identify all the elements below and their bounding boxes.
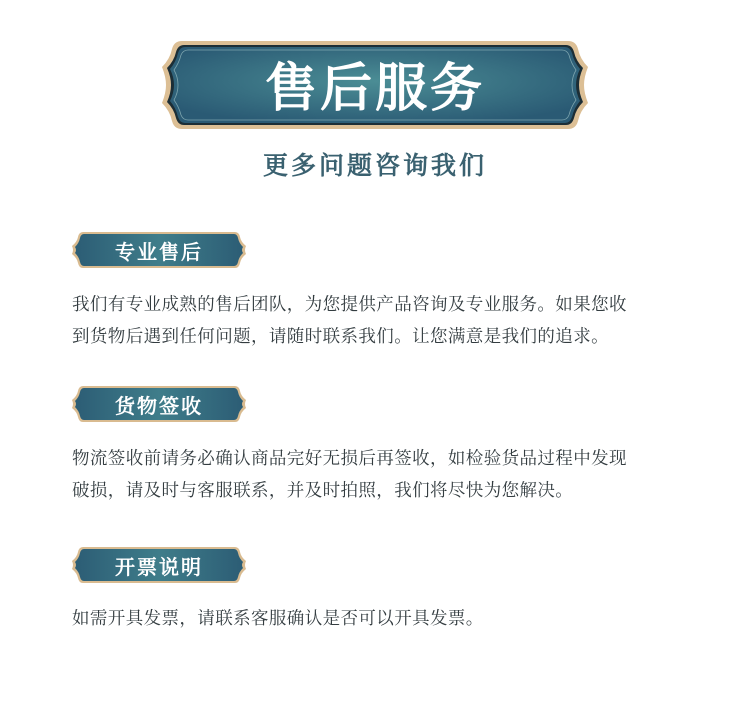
body-line: 如需开具发票，请联系客服确认是否可以开具发票。: [72, 603, 692, 635]
section-body-after-sales: 我们有专业成熟的售后团队，为您提供产品咨询及专业服务。如果您收 到货物后遇到任何…: [72, 289, 692, 353]
section-body-invoice: 如需开具发票，请联系客服确认是否可以开具发票。: [72, 603, 692, 635]
page-subtitle: 更多问题咨询我们: [0, 146, 750, 182]
section-heading: 专业售后: [71, 230, 247, 270]
section-tag-after-sales: 专业售后: [71, 230, 247, 270]
body-line: 我们有专业成熟的售后团队，为您提供产品咨询及专业服务。如果您收: [72, 289, 692, 321]
body-line: 破损，请及时与客服联系，并及时拍照，我们将尽快为您解决。: [72, 475, 692, 507]
body-line: 物流签收前请务必确认商品完好无损后再签收，如检验货品过程中发现: [72, 443, 692, 475]
section-body-delivery-receipt: 物流签收前请务必确认商品完好无损后再签收，如检验货品过程中发现 破损，请及时与客…: [72, 443, 692, 507]
body-line: 到货物后遇到任何问题，请随时联系我们。让您满意是我们的追求。: [72, 321, 692, 353]
section-tag-delivery-receipt: 货物签收: [71, 384, 247, 424]
section-tag-invoice: 开票说明: [71, 545, 247, 585]
page-title: 售后服务: [160, 35, 590, 131]
title-banner: 售后服务: [160, 37, 590, 133]
section-heading: 货物签收: [71, 384, 247, 424]
section-heading: 开票说明: [71, 545, 247, 585]
